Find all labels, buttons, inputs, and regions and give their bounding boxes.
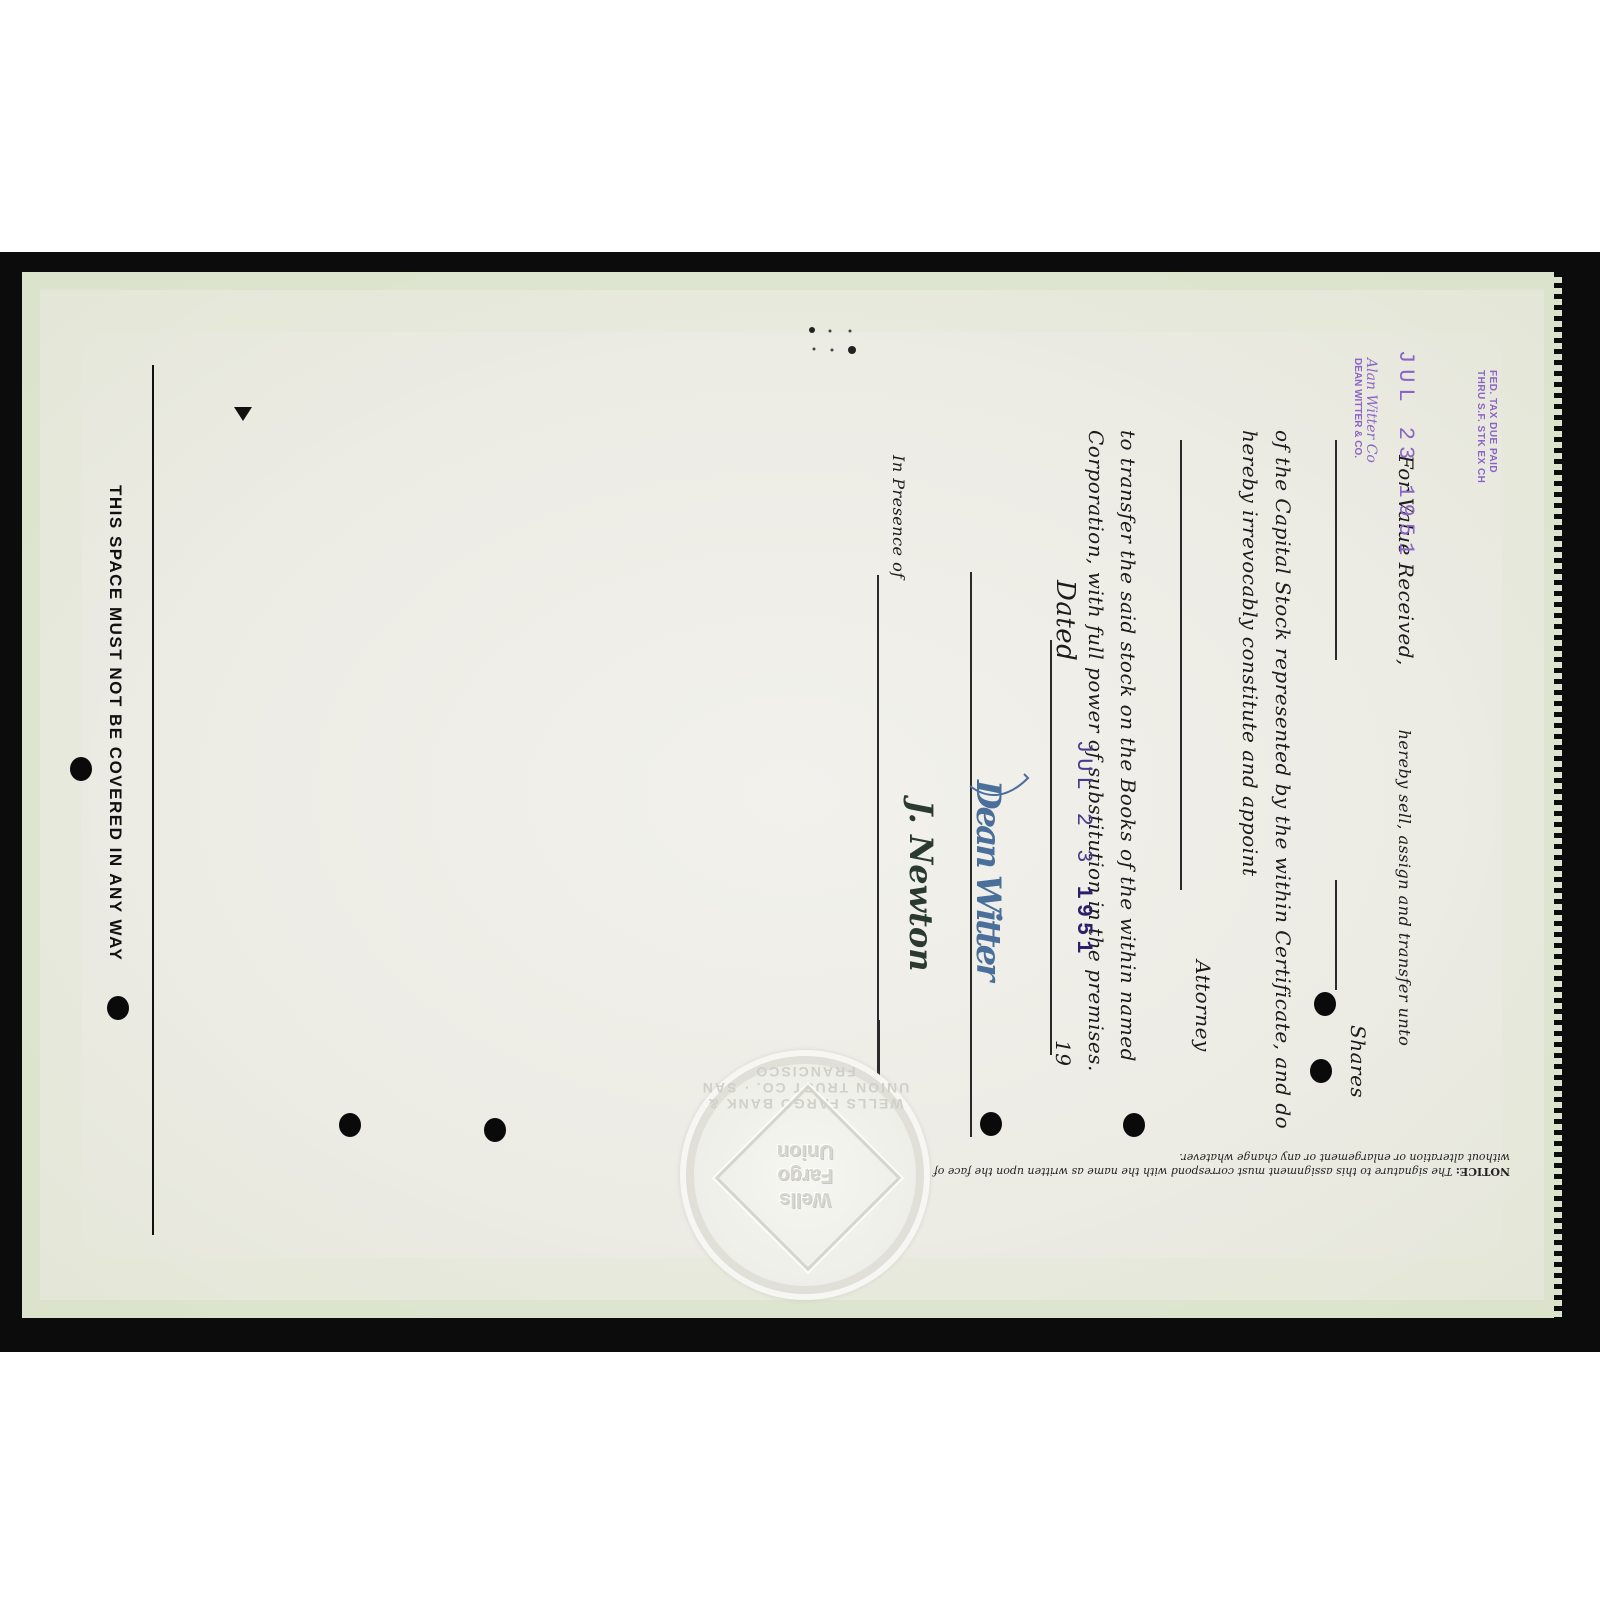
year-prefix: 19 bbox=[1051, 1040, 1075, 1066]
dated-stamp: JUL 2 3 1951 bbox=[1071, 740, 1096, 958]
pin-marks bbox=[800, 320, 880, 360]
perforated-edge bbox=[1554, 272, 1562, 1318]
punch-hole bbox=[484, 1118, 506, 1142]
seal-center-text: Wells Fargo Union bbox=[680, 1050, 930, 1300]
seal-line1: Wells bbox=[779, 1187, 831, 1211]
margin-boundary-line bbox=[152, 365, 154, 1235]
broker-signature: Alan Witter Co bbox=[1364, 358, 1378, 463]
punch-hole bbox=[1310, 1059, 1332, 1083]
witness-signature: J. Newton bbox=[902, 800, 940, 971]
punch-hole bbox=[980, 1112, 1002, 1136]
year-prefix-text: 19 bbox=[1051, 1040, 1075, 1066]
capital-stock-line: of the Capital Stock represented by the … bbox=[1271, 430, 1295, 1129]
margin-warning-text: THIS SPACE MUST NOT BE COVERED IN ANY WA… bbox=[106, 485, 125, 961]
attorney-label: Attorney bbox=[1191, 960, 1215, 1052]
sell-assign-transfer-text: hereby sell, assign and transfer unto bbox=[1395, 730, 1414, 1047]
attorney-text: Attorney bbox=[1191, 960, 1215, 1052]
dated-text: Dated bbox=[1050, 580, 1080, 661]
notice-label: NOTICE: bbox=[1456, 1165, 1510, 1178]
seal-line3: Union bbox=[777, 1139, 834, 1163]
appoint-line: hereby irrevocably constitute and appoin… bbox=[1238, 430, 1262, 877]
punch-hole bbox=[339, 1113, 361, 1137]
dated-stamp-monthday: JUL 2 3 bbox=[1071, 740, 1096, 867]
margin-warning: THIS SPACE MUST NOT BE COVERED IN ANY WA… bbox=[105, 485, 125, 961]
tax-paid-line1: FED. TAX DUE PAID bbox=[1486, 370, 1498, 483]
tax-paid-stamp: FED. TAX DUE PAID THRU S.F. STK EX CH bbox=[1474, 370, 1498, 483]
assignor-signature-flourish bbox=[968, 770, 1048, 830]
top-date-stamp-text: JUL 23 1951 bbox=[1393, 350, 1418, 561]
broker-stamp: Alan Witter Co DEAN WITTER & CO. bbox=[1350, 358, 1378, 463]
transfer-text: to transfer the said stock on the Books … bbox=[1116, 430, 1140, 1062]
embossed-corporate-seal: WELLS FARGO BANK & UNION TRUST CO. · SAN… bbox=[680, 1050, 930, 1300]
irrevocably-text: hereby irrevocably constitute and appoin… bbox=[1238, 430, 1262, 877]
triangle-marker bbox=[234, 407, 252, 421]
form-line-shares-lower bbox=[1335, 880, 1337, 990]
shares-text: Shares bbox=[1346, 1025, 1370, 1098]
punch-hole bbox=[1123, 1113, 1145, 1137]
capital-stock-text: of the Capital Stock represented by the … bbox=[1271, 430, 1295, 1129]
witness-signature-text: J. Newton bbox=[902, 800, 940, 971]
seal-line2: Fargo bbox=[777, 1163, 833, 1187]
transfer-line: to transfer the said stock on the Books … bbox=[1116, 430, 1140, 1062]
broker-name: DEAN WITTER & CO. bbox=[1350, 358, 1364, 463]
dated-stamp-year: 1951 bbox=[1071, 886, 1096, 959]
in-presence-of-text: In Presence of bbox=[889, 455, 908, 579]
dated-label: Dated bbox=[1050, 580, 1080, 661]
form-line-attorney bbox=[1180, 440, 1182, 890]
top-date-stamp: JUL 23 1951 bbox=[1393, 350, 1418, 561]
punch-hole bbox=[70, 757, 92, 781]
punch-hole bbox=[1314, 992, 1336, 1016]
form-line-dated bbox=[1050, 640, 1052, 1055]
shares-label: Shares bbox=[1346, 1025, 1370, 1098]
in-presence-of-label: In Presence of bbox=[889, 455, 908, 579]
punch-hole bbox=[107, 996, 129, 1020]
form-line-witness-right bbox=[877, 575, 879, 1080]
tax-paid-line2: THRU S.F. STK EX CH bbox=[1474, 370, 1486, 483]
form-line-shares bbox=[1335, 440, 1337, 660]
